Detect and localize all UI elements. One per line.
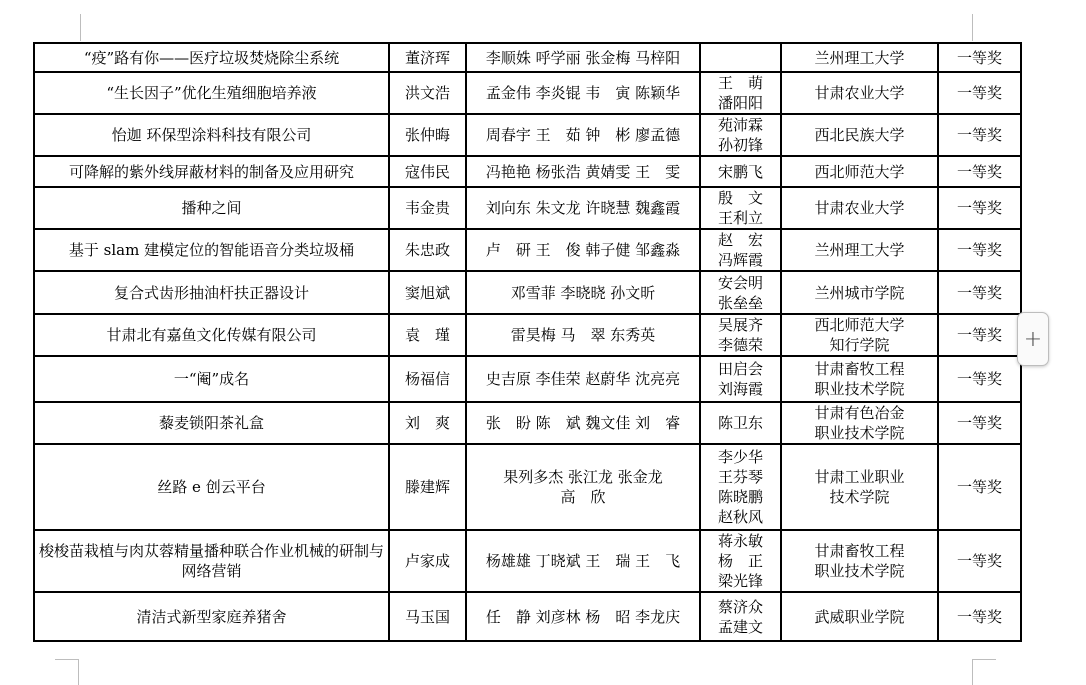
school-cell[interactable]: 兰州理工大学 [781,229,938,271]
leader-cell[interactable]: 寇伟民 [389,156,466,187]
leader-cell[interactable]: 韦金贵 [389,187,466,229]
cell-line: 兰州理工大学 [785,48,934,68]
school-cell[interactable]: 武威职业学院 [781,592,938,641]
cell-line: 高 欣 [470,487,696,507]
leader-cell[interactable]: 杨福信 [389,356,466,402]
cell-line: 甘肃畜牧工程 [785,541,934,561]
project-cell[interactable]: 甘肃北有嘉鱼文化传媒有限公司 [34,314,389,356]
school-cell[interactable]: 兰州城市学院 [781,271,938,314]
page-margin-mark-bottom-left [55,659,79,685]
cell-line: 梁光锋 [704,571,777,591]
cell-line: 兰州城市学院 [785,283,934,303]
cell-line: 杨雄雄 丁晓斌 王 瑞 王 飞 [470,551,696,571]
cell-line: 雷昊梅 马 翠 东秀英 [470,325,696,345]
members-cell[interactable]: 冯艳艳 杨张浩 黄婧雯 王 雯 [466,156,700,187]
advisors-cell[interactable]: 王 萌潘阳阳 [700,72,781,114]
leader-cell[interactable]: 张仲晦 [389,114,466,156]
award-cell[interactable]: 一等奖 [938,156,1021,187]
cell-line: 王芬琴 [704,467,777,487]
advisors-cell[interactable]: 田启会刘海霞 [700,356,781,402]
cell-line: 宋鹏飞 [704,162,777,182]
project-cell[interactable]: 丝路 e 创云平台 [34,444,389,530]
advisors-cell[interactable]: 蒋永敏杨 正梁光锋 [700,530,781,592]
cell-line: 陈卫东 [704,413,777,433]
award-cell[interactable]: 一等奖 [938,271,1021,314]
award-table-body: “疫”路有你——医疗垃圾焚烧除尘系统董济珲李顺姝 呼学丽 张金梅 马梓阳兰州理工… [34,43,1021,641]
cell-line: 吴展齐 [704,315,777,335]
cell-line: 刘向东 朱文龙 许晓慧 魏鑫霞 [470,198,696,218]
school-cell[interactable]: 西北师范大学知行学院 [781,314,938,356]
cell-line: 张垒垒 [704,293,777,313]
cell-line: 甘肃畜牧工程 [785,359,934,379]
leader-cell[interactable]: 马玉国 [389,592,466,641]
project-cell[interactable]: 可降解的紫外线屏蔽材料的制备及应用研究 [34,156,389,187]
members-cell[interactable]: 雷昊梅 马 翠 东秀英 [466,314,700,356]
cell-line: 田启会 [704,359,777,379]
table-row: 复合式齿形抽油杆扶正器设计窦旭斌邓雪菲 李晓晓 孙文昕安会明张垒垒兰州城市学院一… [34,271,1021,314]
advisors-cell[interactable]: 赵 宏冯辉霞 [700,229,781,271]
plus-icon: + [1024,327,1042,352]
leader-cell[interactable]: 刘 爽 [389,402,466,444]
table-row: 一“阉”成名杨福信史吉原 李佳荣 赵蔚华 沈亮亮田启会刘海霞甘肃畜牧工程职业技术… [34,356,1021,402]
project-cell[interactable]: “疫”路有你——医疗垃圾焚烧除尘系统 [34,43,389,72]
cell-line: 西北师范大学 [785,315,934,335]
cell-line: 史吉原 李佳荣 赵蔚华 沈亮亮 [470,369,696,389]
cell-line: 安会明 [704,273,777,293]
members-cell[interactable]: 刘向东 朱文龙 许晓慧 魏鑫霞 [466,187,700,229]
cell-line: 知行学院 [785,335,934,355]
leader-cell[interactable]: 袁 瑾 [389,314,466,356]
advisors-cell[interactable]: 殷 文王利立 [700,187,781,229]
project-cell[interactable]: 一“阉”成名 [34,356,389,402]
cell-line: 刘海霞 [704,379,777,399]
leader-cell[interactable]: 窦旭斌 [389,271,466,314]
insert-plus-button[interactable]: + [1017,312,1049,366]
school-cell[interactable]: 西北民族大学 [781,114,938,156]
table-row: 播种之间韦金贵刘向东 朱文龙 许晓慧 魏鑫霞殷 文王利立甘肃农业大学一等奖 [34,187,1021,229]
cell-line: 甘肃农业大学 [785,198,934,218]
award-cell[interactable]: 一等奖 [938,114,1021,156]
award-cell[interactable]: 一等奖 [938,43,1021,72]
cell-line: 李少华 [704,447,777,467]
project-cell[interactable]: 清洁式新型家庭养猪舍 [34,592,389,641]
advisors-cell[interactable]: 蔡济众孟建文 [700,592,781,641]
members-cell[interactable]: 果列多杰 张江龙 张金龙高 欣 [466,444,700,530]
leader-cell[interactable]: 朱忠政 [389,229,466,271]
cell-line: 冯艳艳 杨张浩 黄婧雯 王 雯 [470,162,696,182]
award-cell[interactable]: 一等奖 [938,229,1021,271]
page-margin-mark-top-left [80,14,81,41]
table-row: 梭梭苗栽植与肉苁蓉精量播种联合作业机械的研制与网络营销卢家成杨雄雄 丁晓斌 王 … [34,530,1021,592]
school-cell[interactable]: 西北师范大学 [781,156,938,187]
cell-line: 兰州理工大学 [785,240,934,260]
cell-line: 赵 宏 [704,230,777,250]
members-cell[interactable]: 任 静 刘彦林 杨 昭 李龙庆 [466,592,700,641]
cell-line: 任 静 刘彦林 杨 昭 李龙庆 [470,607,696,627]
advisors-cell[interactable]: 苑沛霖孙初锋 [700,114,781,156]
project-cell[interactable]: 怡迦 环保型涂料科技有限公司 [34,114,389,156]
cell-line: 职业技术学院 [785,423,934,443]
award-cell[interactable]: 一等奖 [938,72,1021,114]
award-cell[interactable]: 一等奖 [938,314,1021,356]
table-row: 丝路 e 创云平台滕建辉果列多杰 张江龙 张金龙高 欣李少华王芬琴陈晓鹏赵秋风甘… [34,444,1021,530]
project-cell[interactable]: 基于 slam 建模定位的智能语音分类垃圾桶 [34,229,389,271]
project-cell[interactable]: 播种之间 [34,187,389,229]
cell-line: 邓雪菲 李晓晓 孙文昕 [470,283,696,303]
award-cell[interactable]: 一等奖 [938,444,1021,530]
page-margin-mark-bottom-right [972,659,996,685]
cell-line: 技术学院 [785,487,934,507]
table-row: 甘肃北有嘉鱼文化传媒有限公司袁 瑾雷昊梅 马 翠 东秀英吴展齐李德荣西北师范大学… [34,314,1021,356]
table-row: 怡迦 环保型涂料科技有限公司张仲晦周春宇 王 茹 钟 彬 廖孟德苑沛霖孙初锋西北… [34,114,1021,156]
project-cell[interactable]: 藜麦锁阳茶礼盒 [34,402,389,444]
award-cell[interactable]: 一等奖 [938,356,1021,402]
cell-line: 孟金伟 李炎锟 韦 寅 陈颖华 [470,83,696,103]
school-cell[interactable]: 甘肃畜牧工程职业技术学院 [781,356,938,402]
cell-line: 甘肃工业职业 [785,467,934,487]
award-table: “疫”路有你——医疗垃圾焚烧除尘系统董济珲李顺姝 呼学丽 张金梅 马梓阳兰州理工… [33,42,1022,642]
page-margin-mark-top-right [972,14,973,41]
members-cell[interactable]: 杨雄雄 丁晓斌 王 瑞 王 飞 [466,530,700,592]
members-cell[interactable]: 邓雪菲 李晓晓 孙文昕 [466,271,700,314]
members-cell[interactable]: 张 盼 陈 斌 魏文佳 刘 睿 [466,402,700,444]
leader-cell[interactable]: 洪文浩 [389,72,466,114]
cell-line: 赵秋风 [704,507,777,527]
cell-line: 孙初锋 [704,135,777,155]
cell-line: 殷 文 [704,188,777,208]
school-cell[interactable]: 甘肃畜牧工程职业技术学院 [781,530,938,592]
leader-cell[interactable]: 卢家成 [389,530,466,592]
table-row: 藜麦锁阳茶礼盒刘 爽张 盼 陈 斌 魏文佳 刘 睿陈卫东甘肃有色冶金职业技术学院… [34,402,1021,444]
cell-line: 卢 研 王 俊 韩子健 邹鑫淼 [470,240,696,260]
award-cell[interactable]: 一等奖 [938,530,1021,592]
advisors-cell[interactable] [700,43,781,72]
school-cell[interactable]: 兰州理工大学 [781,43,938,72]
cell-line: 职业技术学院 [785,561,934,581]
cell-line: 蔡济众 [704,597,777,617]
table-row: “疫”路有你——医疗垃圾焚烧除尘系统董济珲李顺姝 呼学丽 张金梅 马梓阳兰州理工… [34,43,1021,72]
project-cell[interactable]: 复合式齿形抽油杆扶正器设计 [34,271,389,314]
cell-line: 张 盼 陈 斌 魏文佳 刘 睿 [470,413,696,433]
members-cell[interactable]: 李顺姝 呼学丽 张金梅 马梓阳 [466,43,700,72]
advisors-cell[interactable]: 安会明张垒垒 [700,271,781,314]
cell-line: 甘肃农业大学 [785,83,934,103]
advisors-cell[interactable]: 吴展齐李德荣 [700,314,781,356]
cell-line: 潘阳阳 [704,93,777,113]
cell-line: 王 萌 [704,73,777,93]
table-row: 可降解的紫外线屏蔽材料的制备及应用研究寇伟民冯艳艳 杨张浩 黄婧雯 王 雯宋鹏飞… [34,156,1021,187]
leader-cell[interactable]: 滕建辉 [389,444,466,530]
cell-line: 王利立 [704,208,777,228]
advisors-cell[interactable]: 李少华王芬琴陈晓鹏赵秋风 [700,444,781,530]
cell-line: 陈晓鹏 [704,487,777,507]
cell-line: 苑沛霖 [704,115,777,135]
cell-line: 杨 正 [704,551,777,571]
school-cell[interactable]: 甘肃工业职业技术学院 [781,444,938,530]
members-cell[interactable]: 孟金伟 李炎锟 韦 寅 陈颖华 [466,72,700,114]
members-cell[interactable]: 卢 研 王 俊 韩子健 邹鑫淼 [466,229,700,271]
advisors-cell[interactable]: 陈卫东 [700,402,781,444]
cell-line: 李顺姝 呼学丽 张金梅 马梓阳 [470,48,696,68]
members-cell[interactable]: 史吉原 李佳荣 赵蔚华 沈亮亮 [466,356,700,402]
school-cell[interactable]: 甘肃农业大学 [781,72,938,114]
cell-line: 蒋永敏 [704,531,777,551]
award-cell[interactable]: 一等奖 [938,402,1021,444]
school-cell[interactable]: 甘肃有色冶金职业技术学院 [781,402,938,444]
project-cell[interactable]: “生长因子”优化生殖细胞培养液 [34,72,389,114]
cell-line: 果列多杰 张江龙 张金龙 [470,467,696,487]
award-cell[interactable]: 一等奖 [938,592,1021,641]
cell-line: 冯辉霞 [704,250,777,270]
cell-line: 甘肃有色冶金 [785,403,934,423]
school-cell[interactable]: 甘肃农业大学 [781,187,938,229]
award-cell[interactable]: 一等奖 [938,187,1021,229]
cell-line: 孟建文 [704,617,777,637]
table-row: 基于 slam 建模定位的智能语音分类垃圾桶朱忠政卢 研 王 俊 韩子健 邹鑫淼… [34,229,1021,271]
document-page: { "document": { "award_table": { "rows":… [0,0,1086,685]
cell-line: 西北师范大学 [785,162,934,182]
cell-line: 职业技术学院 [785,379,934,399]
table-row: 清洁式新型家庭养猪舍马玉国任 静 刘彦林 杨 昭 李龙庆蔡济众孟建文武威职业学院… [34,592,1021,641]
members-cell[interactable]: 周春宇 王 茹 钟 彬 廖孟德 [466,114,700,156]
cell-line: 西北民族大学 [785,125,934,145]
cell-line: 周春宇 王 茹 钟 彬 廖孟德 [470,125,696,145]
table-row: “生长因子”优化生殖细胞培养液洪文浩孟金伟 李炎锟 韦 寅 陈颖华王 萌潘阳阳甘… [34,72,1021,114]
leader-cell[interactable]: 董济珲 [389,43,466,72]
cell-line: 李德荣 [704,335,777,355]
advisors-cell[interactable]: 宋鹏飞 [700,156,781,187]
project-cell[interactable]: 梭梭苗栽植与肉苁蓉精量播种联合作业机械的研制与网络营销 [34,530,389,592]
cell-line: 武威职业学院 [785,607,934,627]
